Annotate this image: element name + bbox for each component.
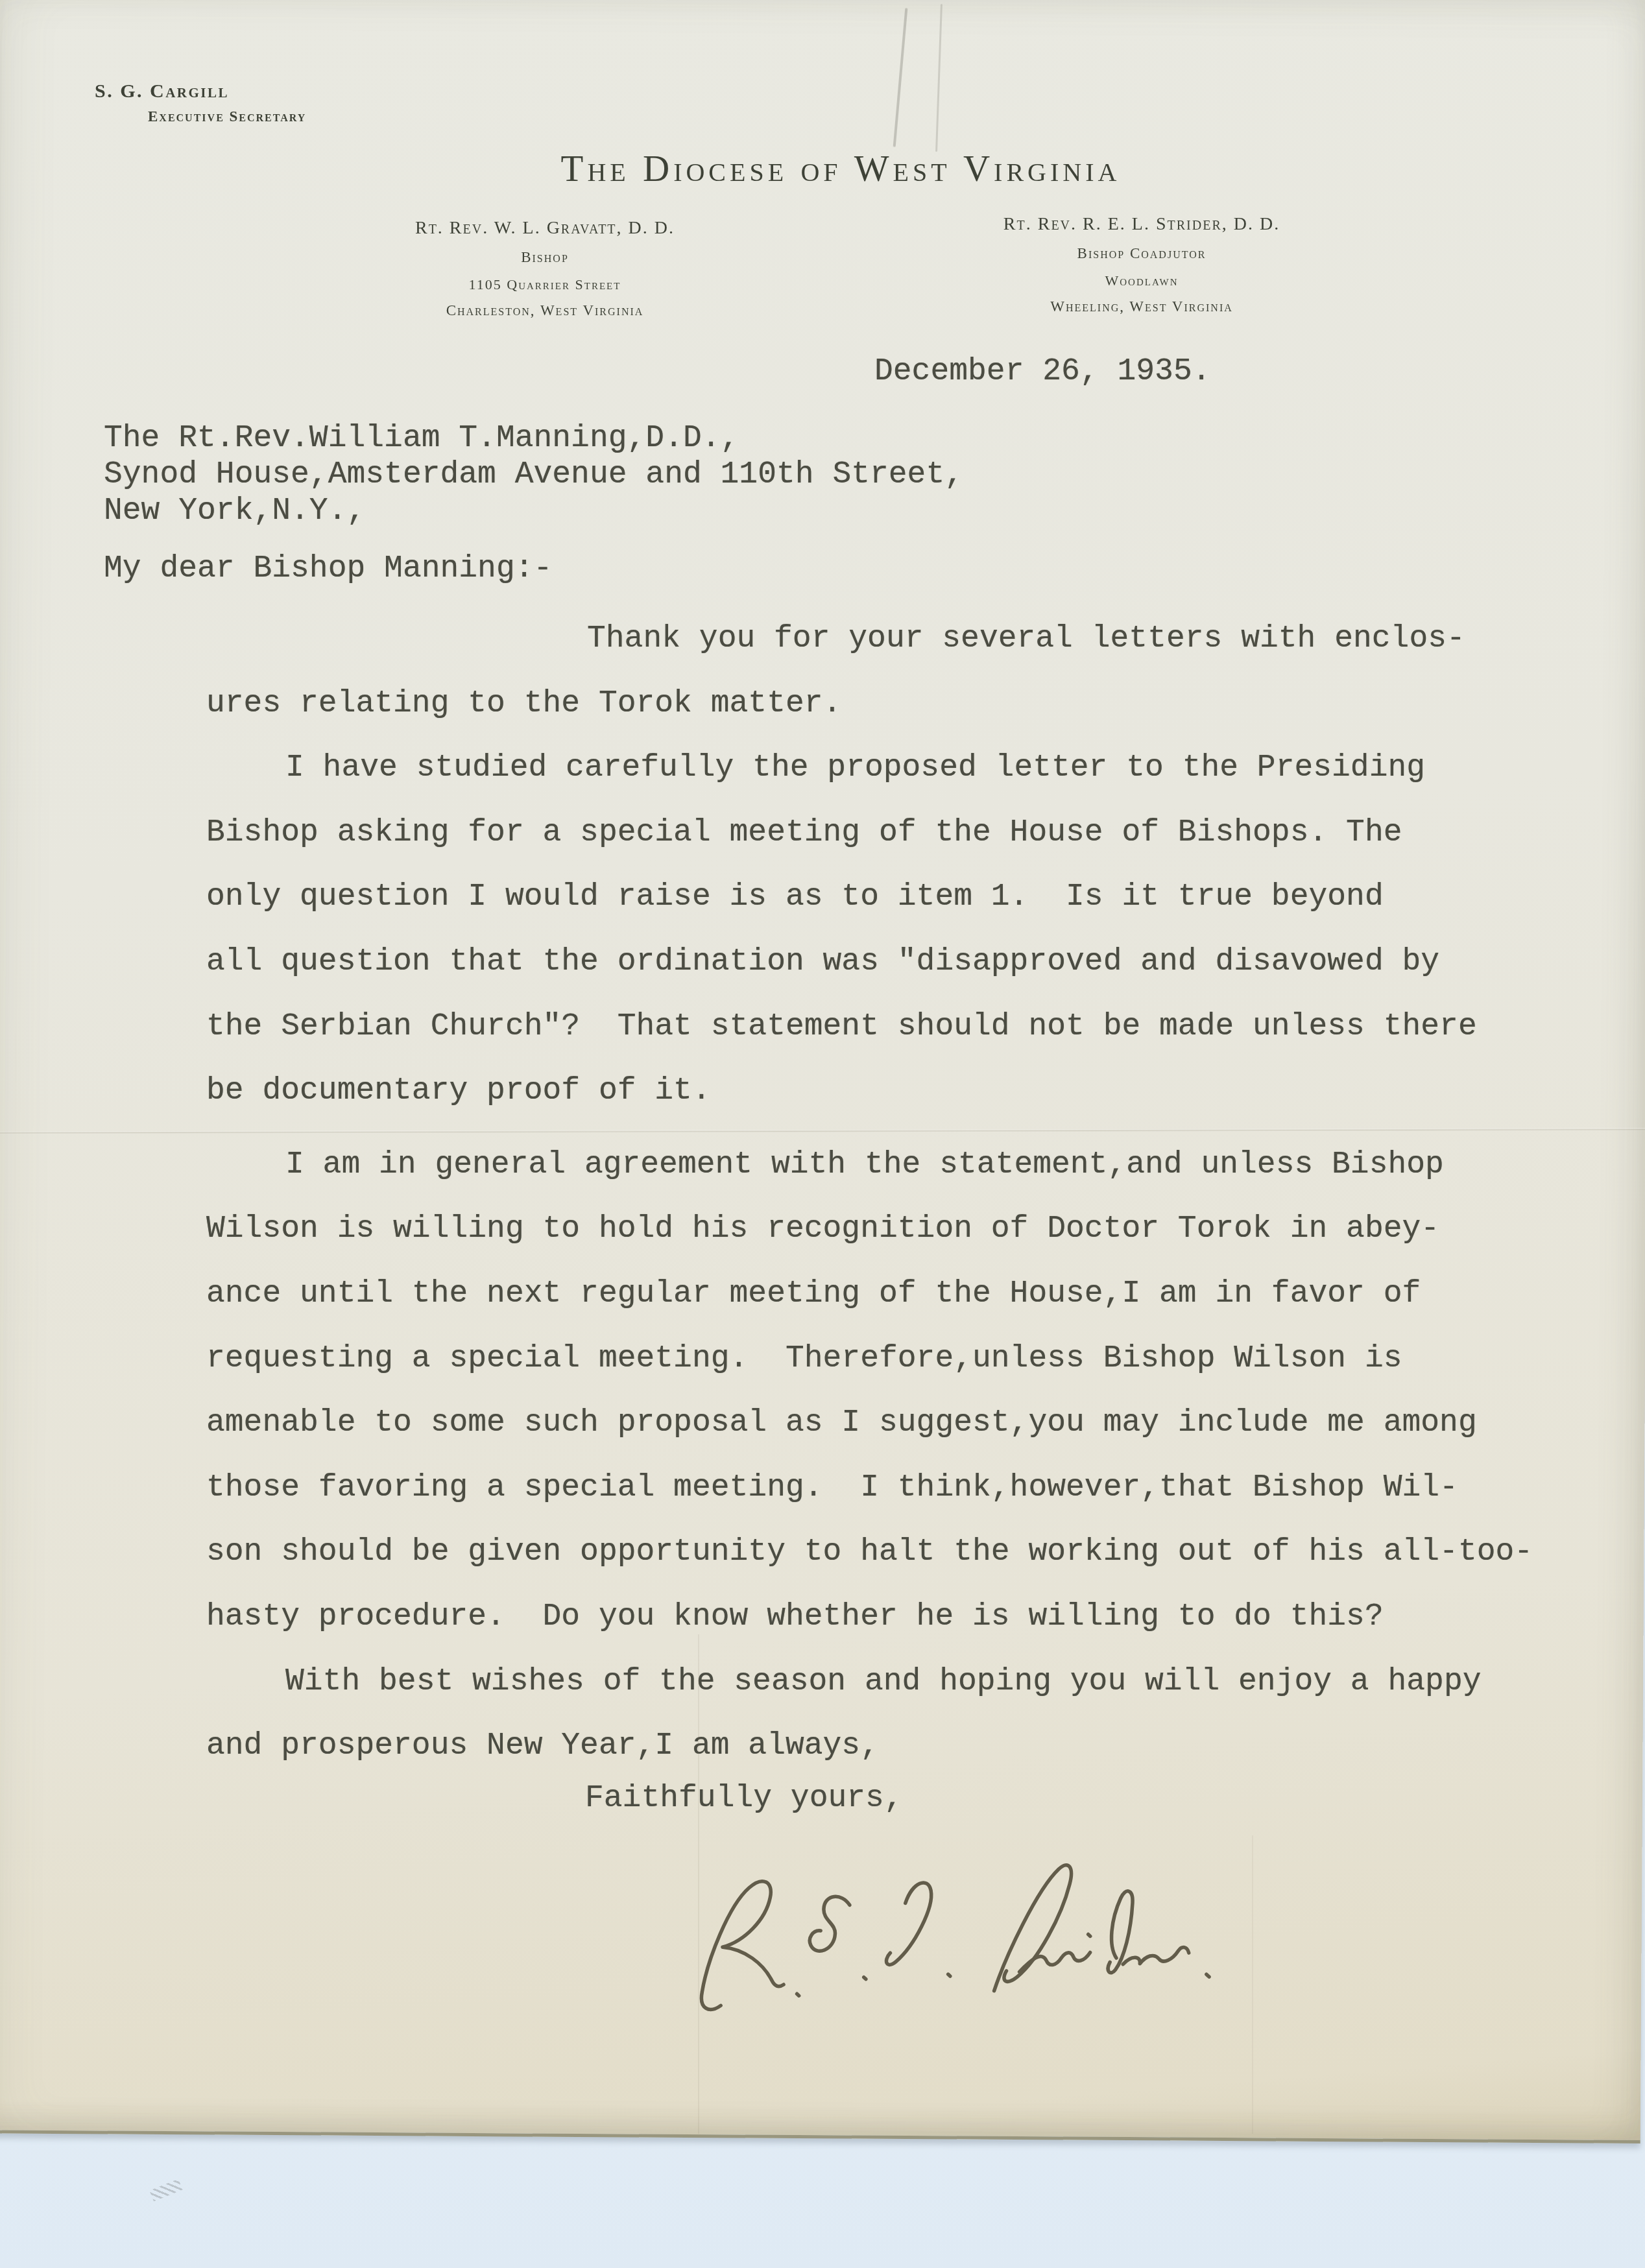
body-line: With best wishes of the season and hopin… (206, 1650, 1568, 1715)
signature-surname (990, 1865, 1075, 1990)
signature-handwritten (668, 1845, 1343, 2040)
pencil-mark (893, 8, 908, 147)
signature-initial-R (697, 1881, 784, 2010)
fold-crease-vertical (1252, 1835, 1253, 2134)
body-line: the Serbian Church"? That statement shou… (206, 995, 1568, 1060)
body-line: Wilson is willing to hold his recognitio… (206, 1197, 1568, 1262)
bishop-right-address-line2: Wheeling, West Virginia (934, 298, 1349, 315)
signature-initial-E (808, 1896, 851, 1952)
bishop-left-address-line1: 1105 Quarrier Street (337, 276, 752, 293)
salutation: My dear Bishop Manning:- (104, 551, 552, 586)
bishop-right-role: Bishop Coadjutor (934, 245, 1349, 262)
letter-date: December 26, 1935. (874, 354, 1210, 389)
body-line: son should be given opportunity to halt … (206, 1520, 1568, 1585)
fold-crease-vertical (698, 1634, 699, 2134)
bishop-right-address-line1: Woodlawn (934, 272, 1349, 289)
body-line: and prosperous New Year,I am always, (206, 1714, 1568, 1779)
body-line: ance until the next regular meeting of t… (206, 1262, 1568, 1327)
letter-content: S. G. Cargill Executive Secretary The Di… (0, 0, 1645, 2268)
body-line: Bishop asking for a special meeting of t… (206, 801, 1568, 866)
letter-body: Thank you for your several letters with … (206, 607, 1568, 1779)
bishop-block-left: Rt. Rev. W. L. Gravatt, D. D. Bishop 110… (337, 218, 752, 319)
pencil-squiggle (149, 2179, 182, 2202)
body-line: hasty procedure. Do you know whether he … (206, 1585, 1568, 1650)
body-line: ures relating to the Torok matter. (206, 672, 1568, 737)
letterhead-title: The Diocese of West Virginia (0, 148, 1645, 190)
body-line: those favoring a special meeting. I thin… (206, 1456, 1568, 1521)
recipient-line: New York,N.Y., (104, 493, 963, 529)
recipient-line: The Rt.Rev.William T.Manning,D.D., (104, 420, 963, 457)
bishop-right-name: Rt. Rev. R. E. L. Strider, D. D. (934, 214, 1349, 235)
recipient-address: The Rt.Rev.William T.Manning,D.D.,Synod … (104, 420, 963, 529)
secretary-title: Executive Secretary (148, 108, 306, 125)
closing-line: Faithfully yours, (585, 1781, 903, 1816)
bishop-left-address-line2: Charleston, West Virginia (337, 302, 752, 319)
secretary-name: S. G. Cargill (95, 80, 229, 102)
bishop-left-role: Bishop (337, 249, 752, 266)
recipient-line: Synod House,Amsterdam Avenue and 110th S… (104, 457, 963, 493)
pencil-mark (935, 4, 943, 152)
body-line: all question that the ordination was "di… (206, 930, 1568, 995)
body-line: I have studied carefully the proposed le… (206, 736, 1568, 801)
body-line: amenable to some such proposal as I sugg… (206, 1391, 1568, 1456)
body-line: only question I would raise is as to ite… (206, 865, 1568, 930)
bishop-left-name: Rt. Rev. W. L. Gravatt, D. D. (337, 218, 752, 239)
body-line: requesting a special meeting. Therefore,… (206, 1327, 1568, 1392)
body-line: I am in general agreement with the state… (206, 1133, 1568, 1198)
signature-initial-L (883, 1883, 933, 1965)
bishop-block-right: Rt. Rev. R. E. L. Strider, D. D. Bishop … (934, 214, 1349, 315)
body-line: be documentary proof of it. (206, 1059, 1568, 1124)
scanned-letter: S. G. Cargill Executive Secretary The Di… (0, 0, 1645, 2268)
body-line: Thank you for your several letters with … (206, 607, 1568, 672)
